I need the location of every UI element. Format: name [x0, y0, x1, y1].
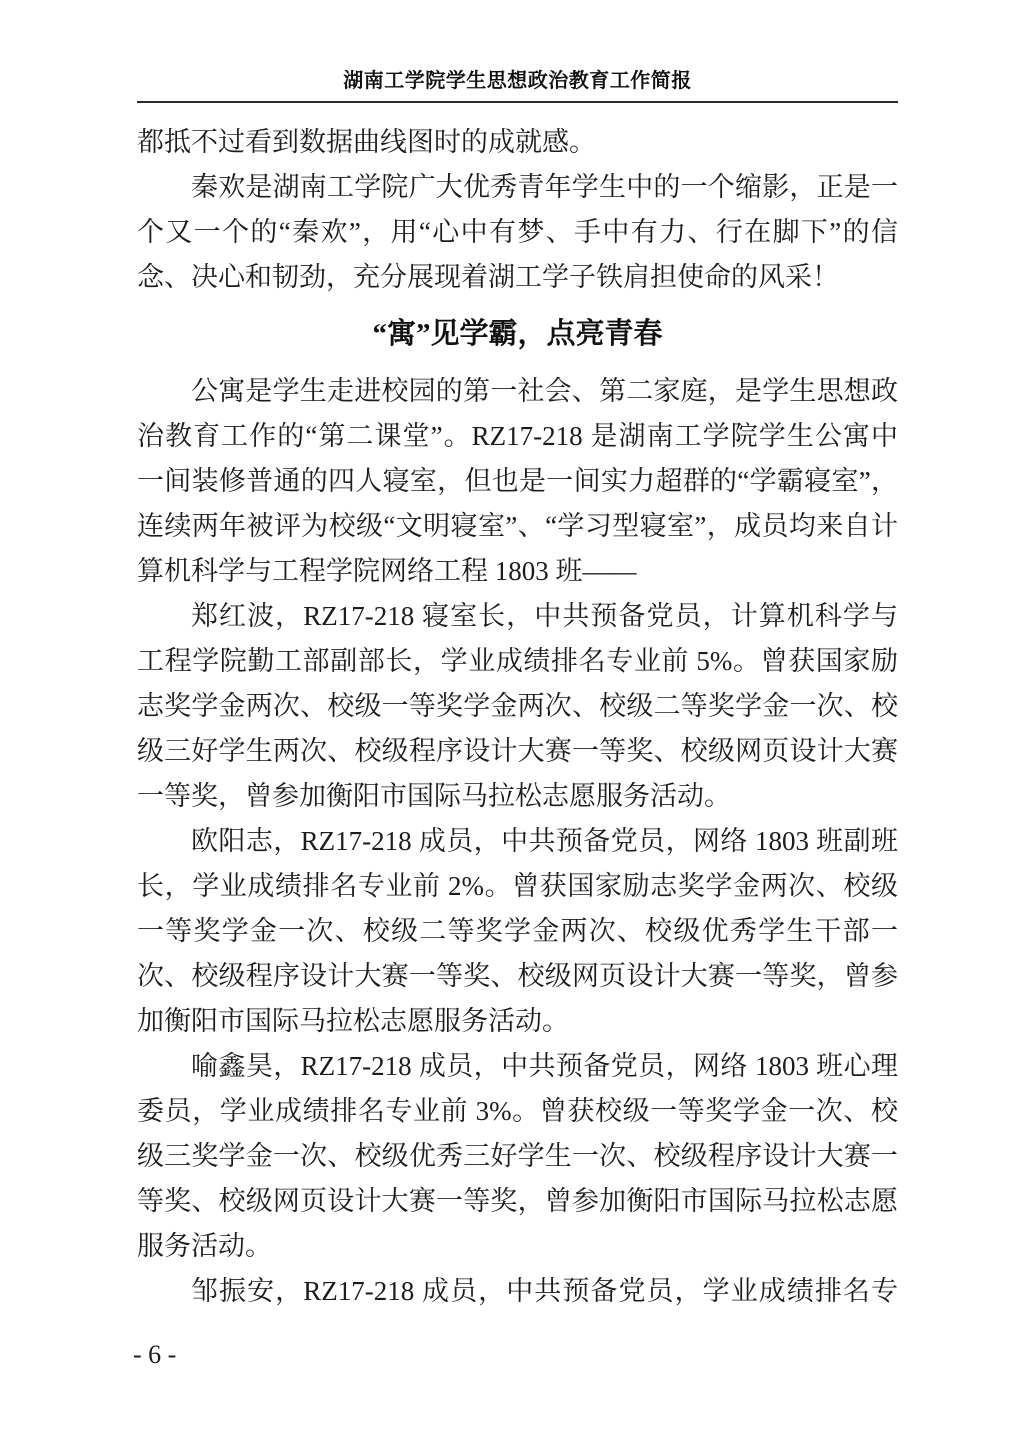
paragraph: 郑红波，RZ17-218 寝室长，中共预备党员，计算机科学与工程学院勤工部副部长… — [137, 594, 898, 819]
paragraph: 公寓是学生走进校园的第一社会、第二家庭，是学生思想政治教育工作的“第二课堂”。R… — [137, 369, 898, 594]
paragraph: 都抵不过看到数据曲线图时的成就感。 — [137, 120, 898, 165]
page-footer: - 6 - — [133, 1340, 176, 1370]
header-title: 湖南工学院学生思想政治教育工作简报 — [343, 70, 692, 92]
paragraph: 欧阳志，RZ17-218 成员，中共预备党员，网络 1803 班副班长，学业成绩… — [137, 819, 898, 1044]
page-number: - 6 - — [133, 1340, 176, 1369]
document-page: 湖南工学院学生思想政治教育工作简报 都抵不过看到数据曲线图时的成就感。 秦欢是湖… — [0, 0, 1024, 1447]
paragraph: 喻鑫昊，RZ17-218 成员，中共预备党员，网络 1803 班心理委员，学业成… — [137, 1044, 898, 1269]
paragraph: 秦欢是湖南工学院广大优秀青年学生中的一个缩影，正是一个又一个的“秦欢”，用“心中… — [137, 165, 898, 300]
document-body: 都抵不过看到数据曲线图时的成就感。 秦欢是湖南工学院广大优秀青年学生中的一个缩影… — [137, 120, 898, 1314]
paragraph: 邹振安，RZ17-218 成员，中共预备党员，学业成绩排名专 — [137, 1269, 898, 1314]
page-header: 湖南工学院学生思想政治教育工作简报 — [137, 68, 898, 103]
section-heading: “寓”见学霸，点亮青春 — [137, 312, 898, 357]
